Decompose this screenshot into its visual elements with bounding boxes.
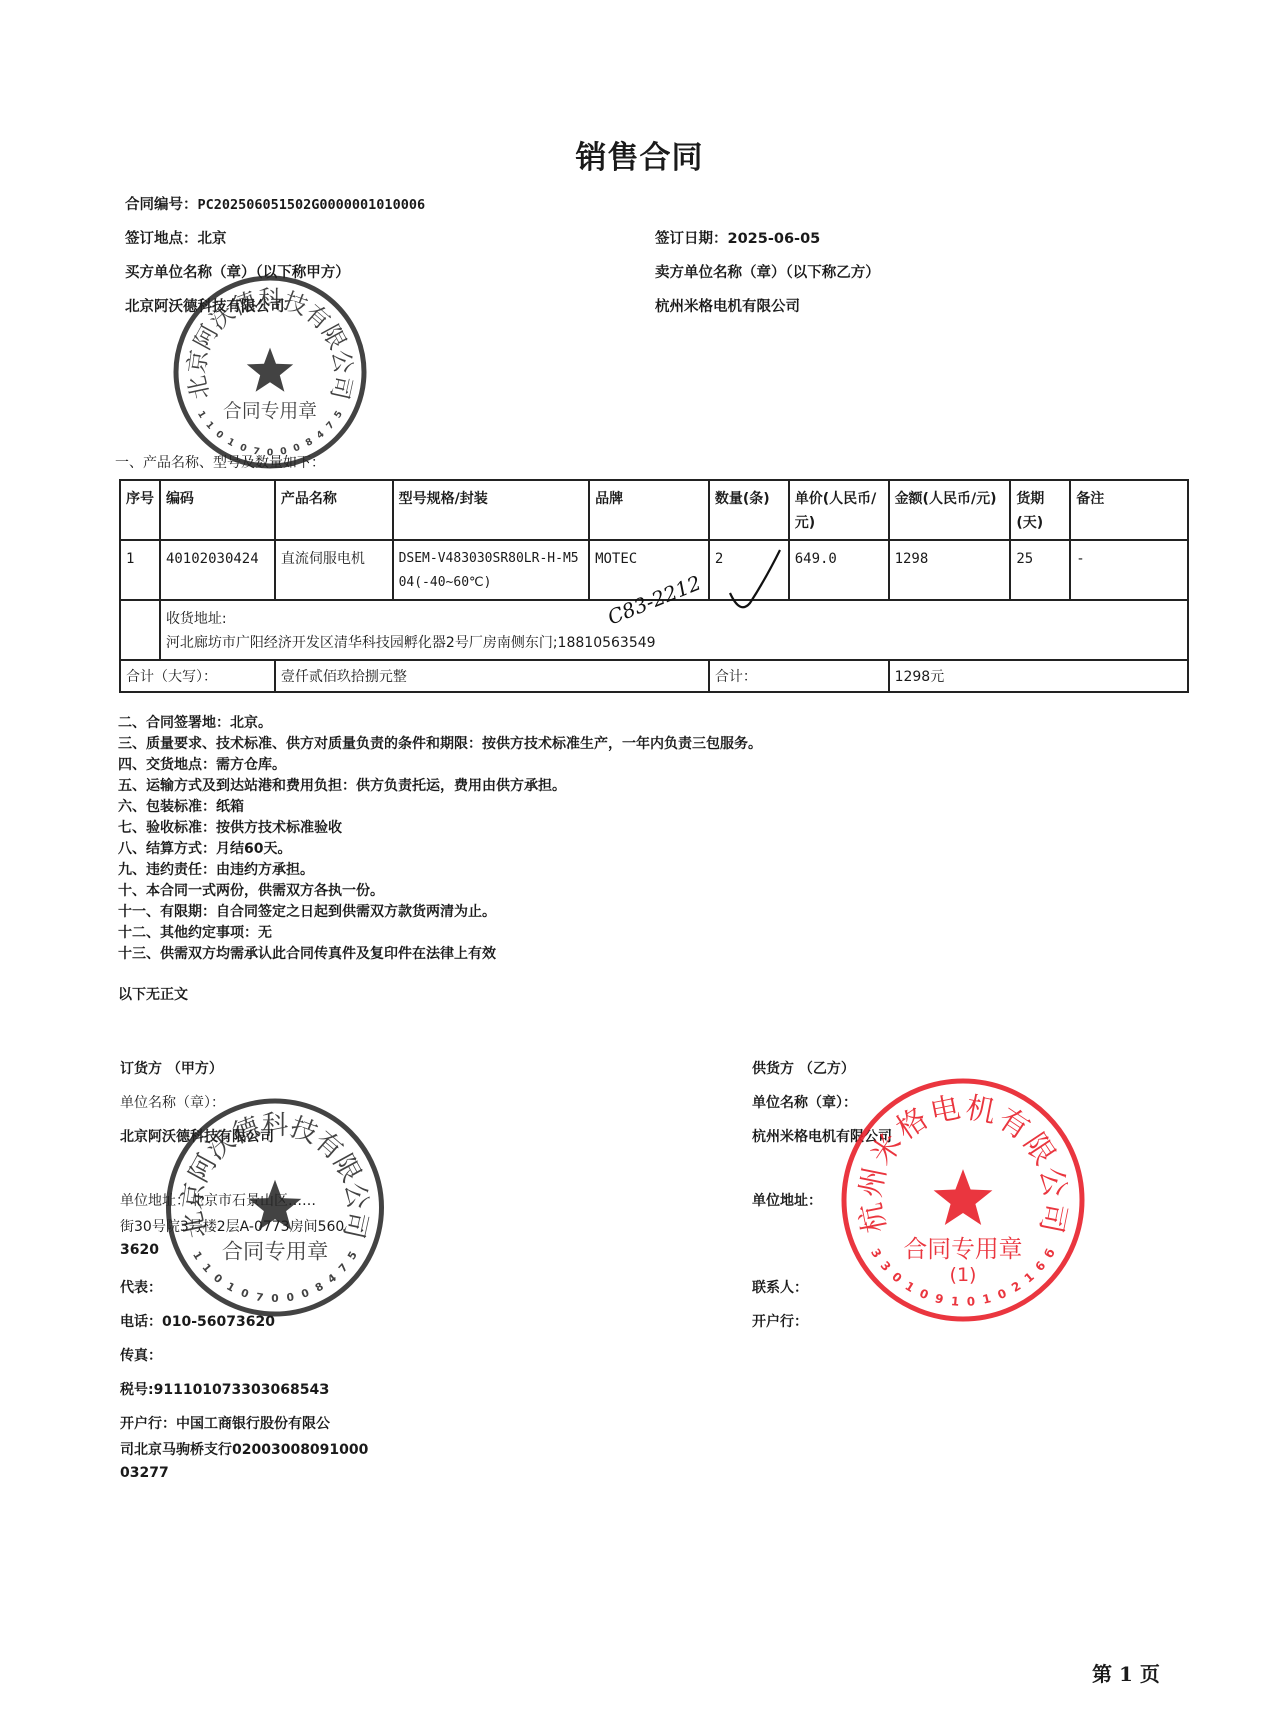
sign-date-label: 签订日期：	[655, 231, 728, 247]
page-number: 第 1 页	[1092, 1658, 1160, 1687]
svg-text:0: 0	[213, 429, 225, 442]
svg-text:2: 2	[1009, 1279, 1023, 1295]
svg-text:1: 1	[203, 420, 216, 432]
svg-text:司: 司	[337, 1209, 373, 1242]
contract-number-value: PC202506051502G0000001010006	[198, 197, 426, 213]
sign-date-value: 2025-06-05	[728, 231, 821, 247]
svg-text:5: 5	[345, 1249, 360, 1262]
svg-text:7: 7	[336, 1261, 351, 1275]
svg-text:司: 司	[1033, 1200, 1073, 1236]
total-value: 1298元	[889, 660, 1188, 692]
svg-text:5: 5	[332, 409, 345, 420]
header-unit-price: 单价(人民币/元)	[789, 480, 889, 540]
svg-text:合同专用章: 合同专用章	[222, 1240, 329, 1265]
svg-text:科: 科	[258, 285, 282, 313]
svg-text:0: 0	[286, 1290, 295, 1304]
cell-lead-days: 25	[1010, 540, 1070, 600]
svg-text:1: 1	[190, 1249, 205, 1262]
cell-model: DSEM-V483030SR80LR-H-M504(-40~60℃)	[393, 540, 590, 600]
document-title: 销售合同	[0, 132, 1279, 177]
svg-text:б: б	[1042, 1246, 1058, 1260]
svg-text:电: 电	[927, 1090, 963, 1130]
svg-text:0: 0	[279, 446, 288, 458]
contract-number: 合同编号：PC202506051502G0000001010006	[125, 193, 425, 214]
sign-place: 签订地点：北京	[125, 227, 227, 248]
clause-2: 二、合同签署地：北京。	[118, 713, 762, 734]
svg-text:1: 1	[981, 1291, 992, 1307]
svg-text:0: 0	[889, 1269, 904, 1285]
svg-text:8: 8	[313, 1280, 326, 1295]
cell-remark: -	[1070, 540, 1188, 600]
clause-8: 八、结算方式：月结60天。	[118, 839, 762, 860]
seller-contact-label: 联系人：	[752, 1277, 808, 1297]
svg-text:3: 3	[868, 1246, 884, 1260]
svg-text:公: 公	[339, 1180, 374, 1211]
buyer-heading: 订货方 （甲方）	[120, 1058, 223, 1078]
handwritten-check-mark	[600, 545, 800, 645]
header-qty: 数量(条)	[709, 480, 789, 540]
header-lead-days: 货期(天)	[1010, 480, 1070, 540]
svg-text:合同专用章: 合同专用章	[904, 1235, 1023, 1263]
seller-label: 卖方单位名称（章）（以下称乙方）	[655, 261, 880, 282]
seller-company-seal: 杭州米格电机有限公司合同专用章(1)3301091010216б	[838, 1075, 1088, 1325]
buyer-company-seal-bottom: 北京阿沃德科技有限公司合同专用章1101070008475	[155, 1095, 395, 1320]
header-amount: 金额(人民币/元)	[889, 480, 1011, 540]
svg-text:公: 公	[327, 348, 358, 375]
header-code: 编码	[160, 480, 275, 540]
header-product: 产品名称	[275, 480, 393, 540]
total-label: 合计：	[709, 660, 889, 692]
clause-3: 三、质量要求、技术标准、供方对质量负责的条件和期限：按供方技术标准生产，一年内负…	[118, 734, 762, 755]
header-model: 型号规格/封装	[393, 480, 590, 540]
cell-amount: 1298	[889, 540, 1011, 600]
buyer-bank-line-1: 开户行：中国工商银行股份有限公	[120, 1413, 330, 1433]
end-note: 以下无正文	[118, 985, 188, 1006]
svg-text:1: 1	[903, 1279, 917, 1295]
seller-address-label: 单位地址：	[752, 1190, 822, 1210]
svg-text:1: 1	[195, 409, 208, 420]
svg-text:科: 科	[262, 1110, 289, 1141]
buyer-bank-line-2: 司北京马驹桥支行02003008091000	[120, 1439, 368, 1459]
svg-text:0: 0	[211, 1271, 225, 1286]
buyer-company-seal-top: 北京阿沃德科技有限公司合同专用章1101070008475	[150, 272, 390, 472]
svg-text:机: 机	[963, 1090, 999, 1130]
svg-text:0: 0	[238, 442, 248, 455]
clause-12: 十二、其他约定事项：无	[118, 923, 762, 944]
svg-text:合同专用章: 合同专用章	[223, 400, 317, 422]
svg-text:4: 4	[315, 428, 327, 441]
clauses-list: 二、合同签署地：北京。 三、质量要求、技术标准、供方对质量负责的条件和期限：按供…	[118, 713, 762, 965]
svg-text:0: 0	[966, 1294, 975, 1309]
clause-5: 五、运输方式及到达站港和费用负担：供方负责托运，费用由供方承担。	[118, 776, 762, 797]
svg-text:1: 1	[950, 1294, 959, 1309]
sign-place-label: 签订地点：	[125, 231, 198, 247]
table-header-row: 序号 编码 产品名称 型号规格/封装 品牌 数量(条) 单价(人民币/元) 金额…	[120, 480, 1188, 540]
svg-text:(1): (1)	[950, 1264, 977, 1286]
total-row: 合计（大写）： 壹仟贰佰玖拾捌元整 合计： 1298元	[120, 660, 1188, 692]
svg-text:0: 0	[239, 1286, 250, 1301]
header-remark: 备注	[1070, 480, 1188, 540]
svg-text:0: 0	[271, 1292, 278, 1305]
cell-seq: 1	[120, 540, 160, 600]
svg-text:0: 0	[267, 447, 274, 458]
header-seq: 序号	[120, 480, 160, 540]
svg-text:公: 公	[1033, 1164, 1073, 1200]
svg-text:9: 9	[934, 1291, 945, 1307]
clause-7: 七、验收标准：按供方技术标准验收	[118, 818, 762, 839]
svg-text:7: 7	[252, 446, 260, 458]
sign-place-value: 北京	[198, 231, 227, 247]
svg-text:4: 4	[325, 1271, 339, 1286]
total-upper-value: 壹仟贰佰玖拾捌元整	[275, 660, 709, 692]
svg-text:6: 6	[1032, 1258, 1048, 1273]
svg-text:1: 1	[1021, 1269, 1036, 1285]
svg-text:北: 北	[183, 373, 215, 402]
clause-9: 九、违约责任：由违约方承担。	[118, 860, 762, 881]
buyer-bank-line-3: 03277	[120, 1465, 169, 1481]
svg-text:8: 8	[304, 436, 315, 449]
clause-10: 十、本合同一式两份，供需双方各执一份。	[118, 881, 762, 902]
cell-product: 直流伺服电机	[275, 540, 393, 600]
svg-text:3: 3	[878, 1258, 894, 1273]
sign-date: 签订日期：2025-06-05	[655, 227, 820, 248]
svg-text:1: 1	[225, 436, 236, 449]
svg-text:北: 北	[177, 1209, 213, 1242]
seller-name: 杭州米格电机有限公司	[655, 295, 800, 316]
buyer-tax-no: 税号:91110107330306854З	[120, 1379, 329, 1399]
address-spacer	[120, 600, 160, 660]
svg-text:杭: 杭	[853, 1200, 893, 1236]
total-upper-label: 合计（大写）：	[120, 660, 275, 692]
clause-6: 六、包装标准：纸箱	[118, 797, 762, 818]
svg-text:7: 7	[255, 1290, 264, 1304]
svg-text:0: 0	[995, 1286, 1008, 1302]
cell-code: 40102030424	[160, 540, 275, 600]
svg-text:0: 0	[300, 1286, 311, 1301]
contract-number-label: 合同编号：	[125, 197, 198, 213]
buyer-address-line-3: 3620	[120, 1242, 159, 1258]
cell-unit-price: 649.0	[789, 540, 889, 600]
svg-text:司: 司	[325, 373, 357, 402]
svg-text:州: 州	[853, 1164, 893, 1200]
clause-11: 十一、有限期：自合同签定之日起到供需双方款货两清为止。	[118, 902, 762, 923]
svg-text:0: 0	[292, 442, 302, 455]
svg-text:7: 7	[324, 420, 337, 432]
clause-4: 四、交货地点：需方仓库。	[118, 755, 762, 776]
header-brand: 品牌	[589, 480, 709, 540]
svg-text:0: 0	[918, 1286, 931, 1302]
seller-bank-label: 开户行：	[752, 1311, 808, 1331]
svg-text:1: 1	[224, 1280, 237, 1295]
svg-text:1: 1	[199, 1261, 214, 1275]
buyer-fax-label: 传真：	[120, 1345, 162, 1365]
clause-13: 十三、供需双方均需承认此合同传真件及复印件在法律上有效	[118, 944, 762, 965]
